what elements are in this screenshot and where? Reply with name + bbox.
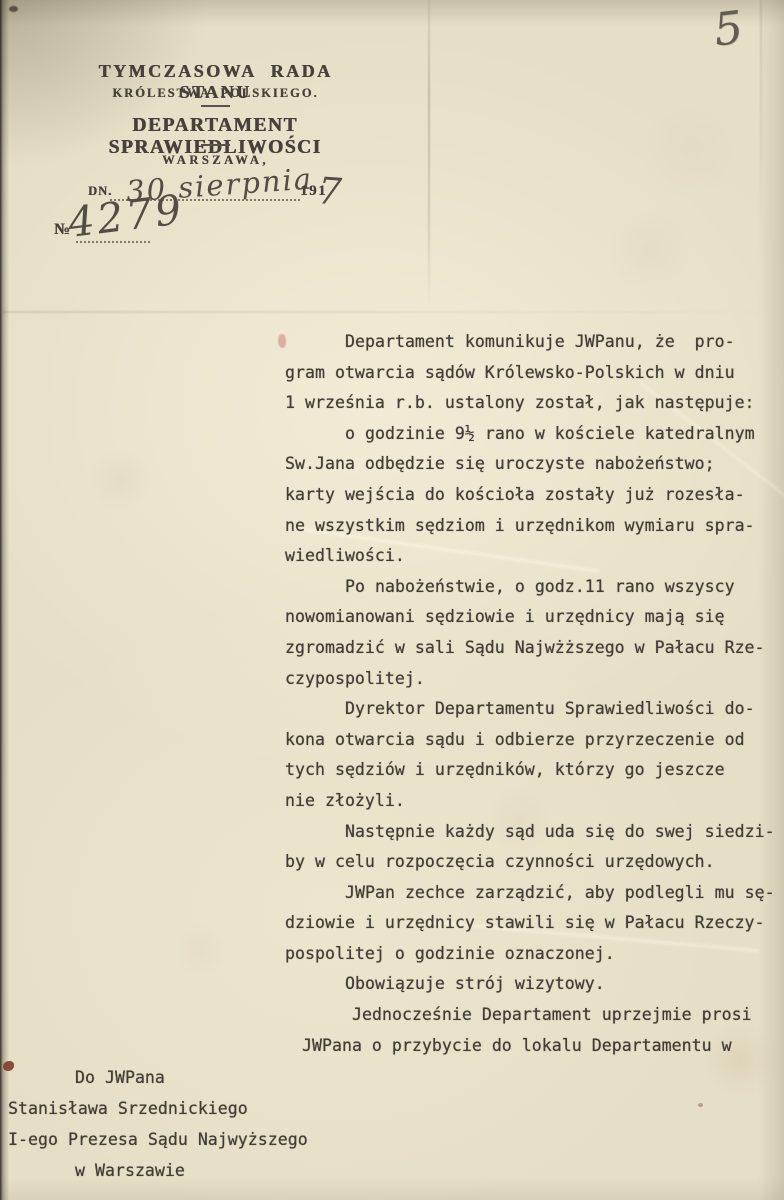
text-line: Do JWPana: [8, 1062, 308, 1093]
text-line: ne wszystkim sędziom i urzędnikom wymiar…: [285, 511, 777, 542]
text-line: nie złożyli.: [285, 786, 777, 817]
vertical-crease: [760, 0, 762, 230]
brown-fleck: [698, 1103, 703, 1107]
dark-speck: [9, 6, 18, 12]
text-line: Dyrektor Departamentu Sprawiedliwości do…: [285, 694, 777, 725]
handwritten-reference-number: 4279: [66, 185, 187, 247]
text-line: Sw.Jana odbędzie się uroczyste nabożeńst…: [285, 449, 777, 480]
text-line: Stanisława Srzednickiego: [8, 1093, 308, 1124]
document-scan: 5 TYMCZASOWA RADA STANU KRÓLESTWA POLSKI…: [0, 0, 784, 1200]
horizontal-fold-crease: [0, 311, 784, 313]
letter-body: Departament komunikuje JWPanu, że pro-gr…: [285, 327, 777, 1061]
text-line: Obowiązuje strój wizytowy.: [285, 969, 777, 1000]
text-line: I-ego Prezesa Sądu Najwyższego: [8, 1124, 308, 1155]
text-line: tych sędziów i urzędników, którzy go jes…: [285, 755, 777, 786]
text-line: czypospolitej.: [285, 664, 777, 695]
handwritten-year-digit: 7: [317, 169, 343, 214]
letterhead-divider: [201, 144, 230, 146]
text-line: o godzinie 9½ rano w kościele katedralny…: [285, 419, 777, 450]
letterhead-city: WARSZAWA,: [58, 153, 373, 168]
text-line: JWPan zechce zarządzić, aby podlegli mu …: [285, 878, 777, 909]
text-line: by w celu rozpoczęcia czynności urzędowy…: [285, 847, 777, 878]
text-line: Jednocześnie Departament uprzejmie prosi: [285, 1000, 777, 1031]
text-line: Po nabożeństwie, o godz.11 rano wszyscy: [285, 572, 777, 603]
text-line: Następnie każdy sąd uda się do swej sied…: [285, 817, 777, 848]
text-line: zgromadzić w sali Sądu Najwżższego w Pał…: [285, 633, 777, 664]
text-line: karty wejścia do kościoła zostały już ro…: [285, 480, 777, 511]
text-line: kona otwarcia sądu i odbierze przyrzecze…: [285, 725, 777, 756]
text-line: 1 września r.b. ustalony został, jak nas…: [285, 388, 777, 419]
text-line: gram otwarcia sądów Królewsko-Polskich w…: [285, 358, 777, 389]
vertical-crease: [428, 0, 430, 305]
recipient-address: Do JWPanaStanisława SrzednickiegoI-ego P…: [8, 1062, 308, 1186]
letterhead-divider: [201, 105, 230, 107]
text-line: wiedliwości.: [285, 541, 777, 572]
handwritten-page-number: 5: [711, 0, 746, 56]
text-line: nowomianowani sędziowie i urzędnicy mają…: [285, 602, 777, 633]
text-line: dziowie i urzędnicy stawili się w Pałacu…: [285, 908, 777, 939]
letterhead-organization-sub: KRÓLESTWA POLSKIEGO.: [58, 86, 373, 101]
text-line: pospolitej o godzinie oznaczonej.: [285, 939, 777, 970]
text-line: Departament komunikuje JWPanu, że pro-: [285, 327, 777, 358]
text-line: w Warszawie: [8, 1155, 308, 1186]
text-line: JWPana o przybycie do lokalu Departament…: [285, 1031, 777, 1062]
